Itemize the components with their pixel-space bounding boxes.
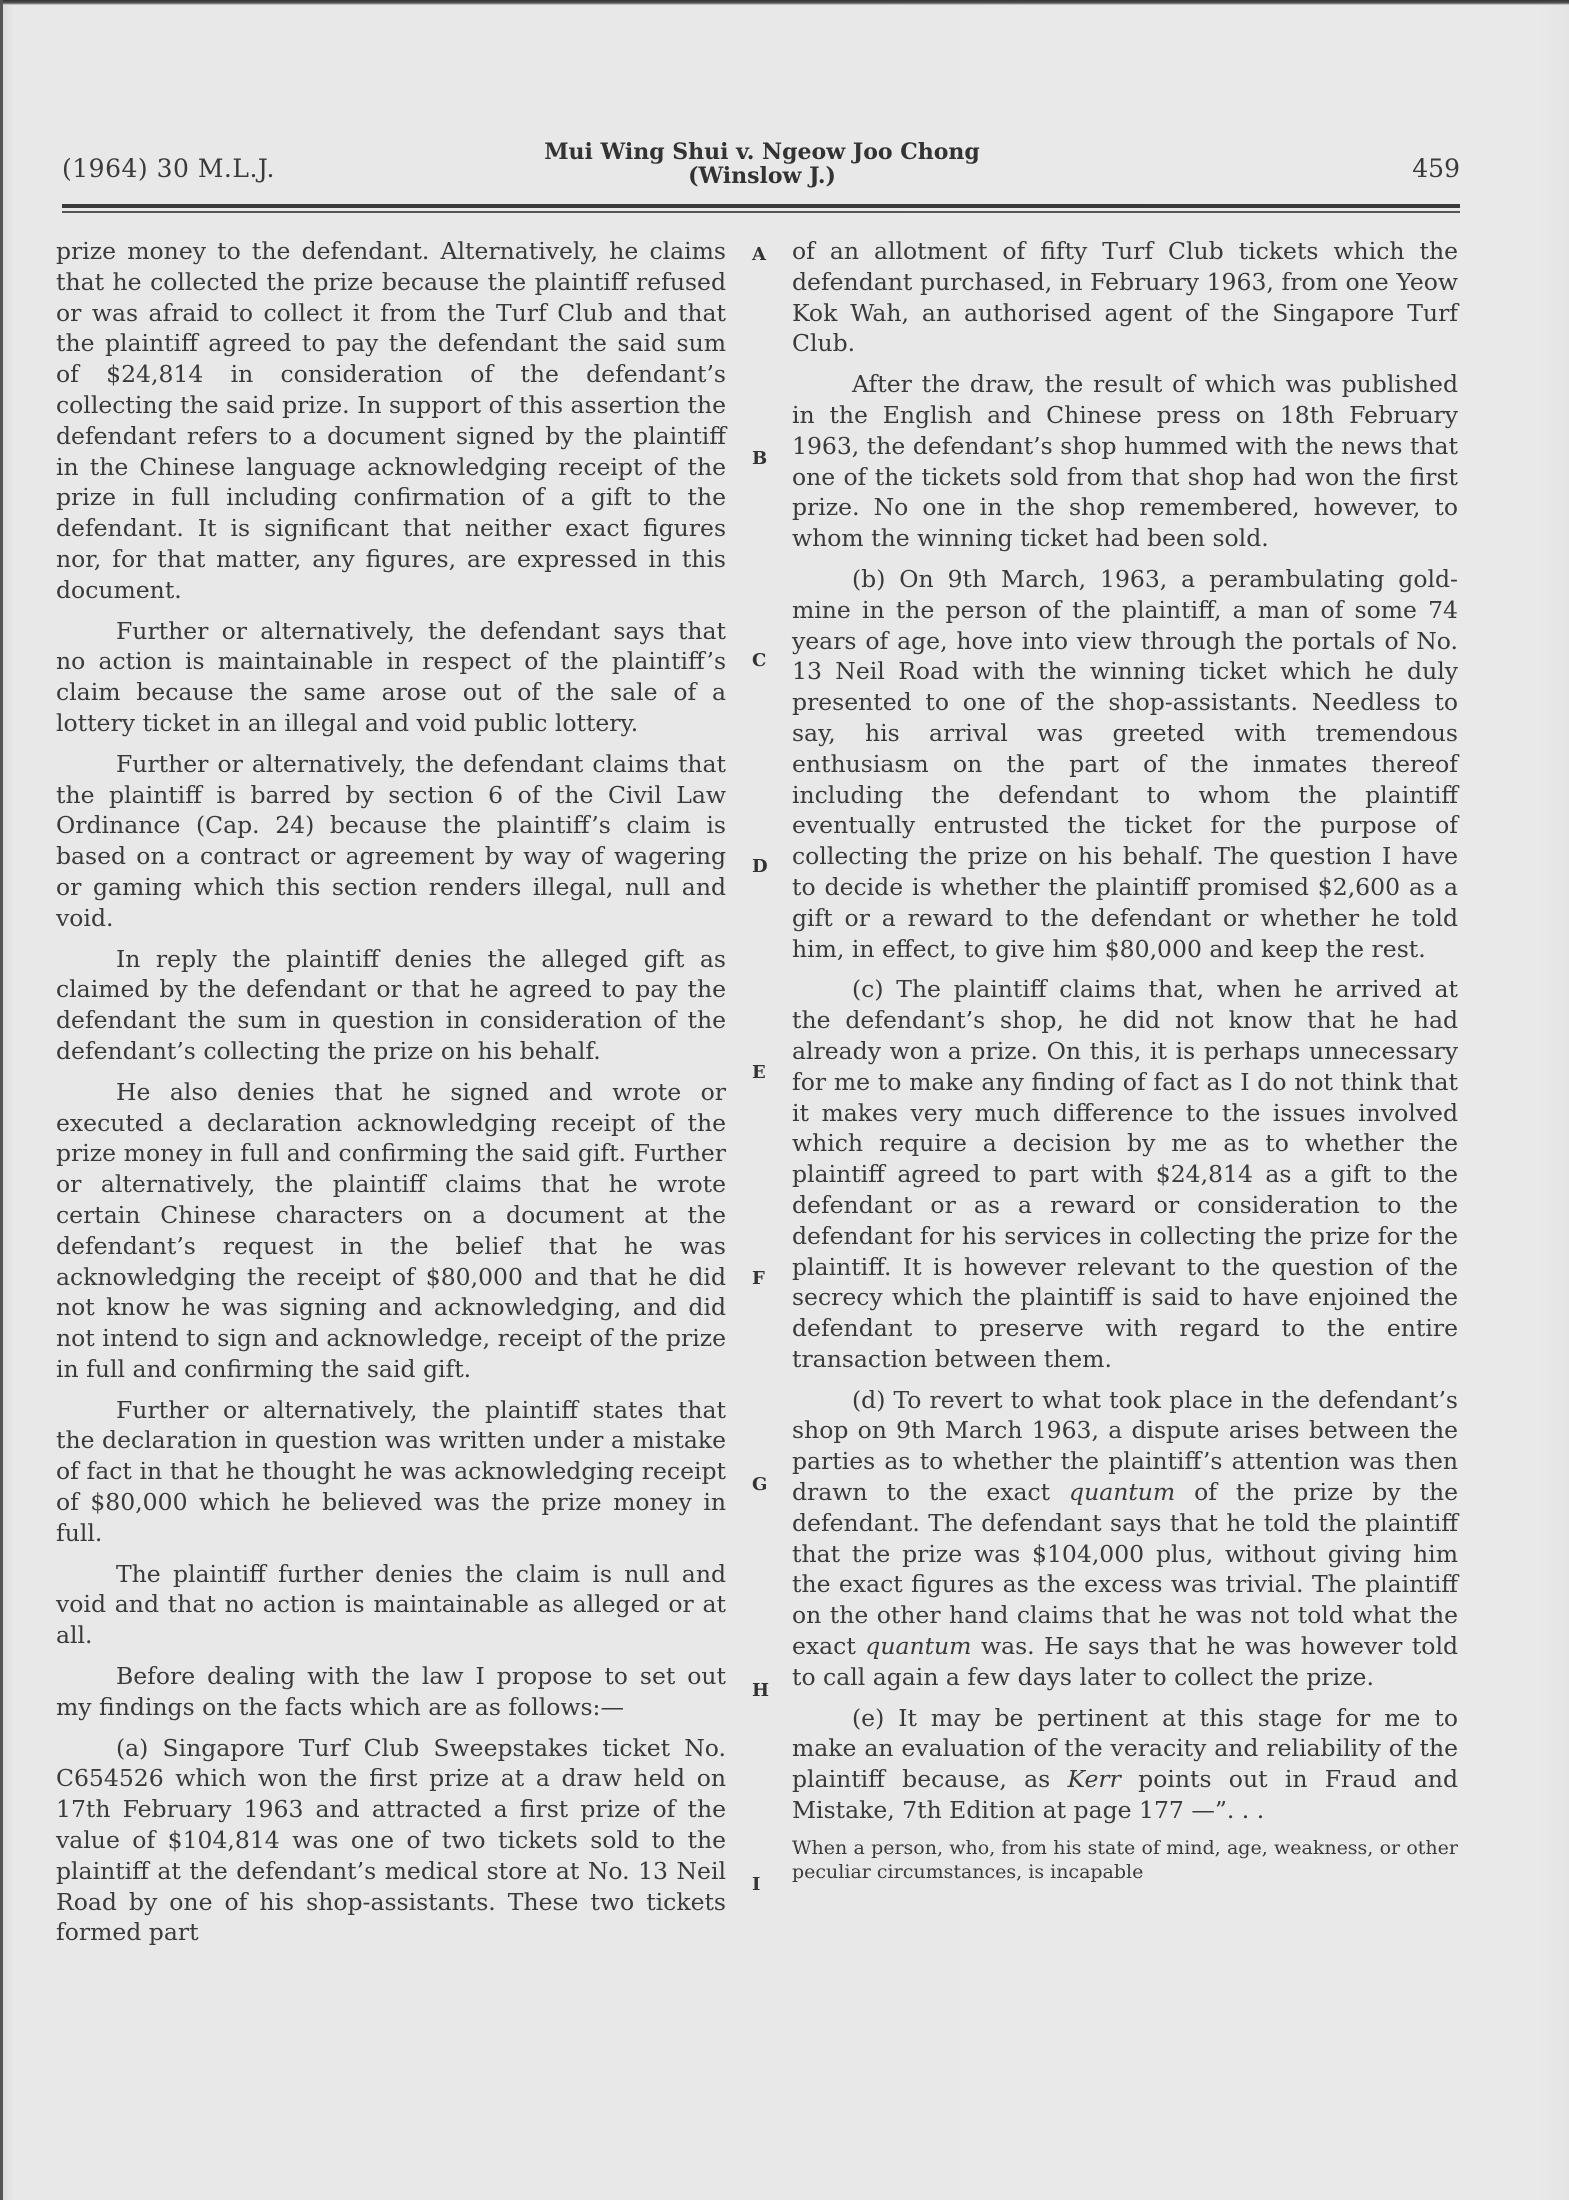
left-column: prize money to the defendant. Alternativ… — [56, 236, 726, 1958]
case-parties: Mui Wing Shui v. Ngeow Joo Chong — [482, 140, 1042, 164]
paragraph: Further or alternatively, the plaintiff … — [56, 1395, 726, 1549]
document-page: (1964) 30 M.L.J. Mui Wing Shui v. Ngeow … — [0, 0, 1569, 2200]
paragraph-d: (d) To revert to what took place in the … — [792, 1385, 1458, 1693]
paragraph-b: (b) On 9th March, 1963, a perambulating … — [792, 564, 1458, 964]
paragraph: of an allotment of fifty Turf Club ticke… — [792, 236, 1458, 359]
margin-letter-h: H — [752, 1680, 769, 1701]
scan-left-edge — [0, 0, 3, 2200]
paragraph-e: (e) It may be pertinent at this stage fo… — [792, 1703, 1458, 1826]
margin-letter-i: I — [752, 1874, 760, 1895]
italic-term: quantum — [1069, 1478, 1175, 1506]
paragraph: The plaintiff further denies the claim i… — [56, 1559, 726, 1651]
margin-letter-c: C — [752, 650, 766, 671]
paragraph: Before dealing with the law I propose to… — [56, 1661, 726, 1723]
report-citation: (1964) 30 M.L.J. — [62, 154, 275, 183]
right-column: of an allotment of fifty Turf Club ticke… — [792, 236, 1458, 1894]
italic-term: quantum — [865, 1632, 971, 1660]
margin-letter-g: G — [752, 1474, 767, 1495]
margin-letter-b: B — [752, 448, 767, 469]
paragraph: He also denies that he signed and wrote … — [56, 1077, 726, 1385]
paragraph: Further or alternatively, the defendant … — [56, 616, 726, 739]
paragraph: prize money to the defendant. Alternativ… — [56, 236, 726, 606]
paragraph: Further or alternatively, the defendant … — [56, 749, 726, 934]
case-title: Mui Wing Shui v. Ngeow Joo Chong (Winslo… — [482, 140, 1042, 188]
paragraph: After the draw, the result of which was … — [792, 369, 1458, 554]
paragraph: (a) Singapore Turf Club Sweepstakes tick… — [56, 1733, 726, 1949]
paragraph-c: (c) The plaintiff claims that, when he a… — [792, 974, 1458, 1374]
header-rule-thin — [62, 211, 1460, 213]
running-header: (1964) 30 M.L.J. Mui Wing Shui v. Ngeow … — [62, 140, 1460, 200]
italic-author: Kerr — [1068, 1765, 1121, 1793]
page-number: 459 — [1412, 154, 1460, 183]
margin-letter-d: D — [752, 856, 768, 877]
paragraph: In reply the plaintiff denies the allege… — [56, 944, 726, 1067]
judge-name: (Winslow J.) — [482, 164, 1042, 188]
margin-letter-a: A — [752, 244, 766, 265]
scan-top-edge — [0, 0, 1569, 5]
header-rule — [62, 204, 1460, 208]
margin-letter-e: E — [752, 1062, 766, 1083]
margin-letter-f: F — [752, 1268, 765, 1289]
block-quote: When a person, who, from his state of mi… — [792, 1836, 1458, 1884]
